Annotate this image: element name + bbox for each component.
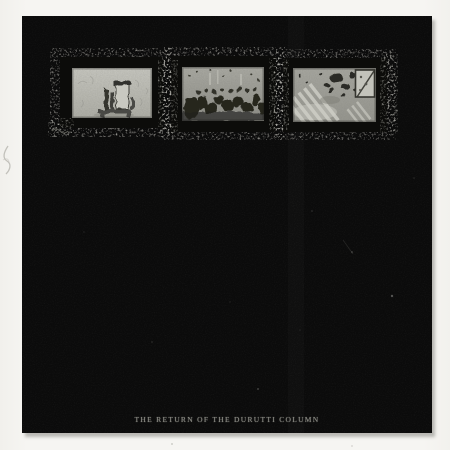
album-cover	[22, 16, 432, 433]
pencil-mark	[3, 146, 10, 174]
scanned-page-background: THE RETURN OF THE DURUTTI COLUMN	[0, 0, 450, 450]
margin-dots	[171, 443, 353, 447]
album-title: THE RETURN OF THE DURUTTI COLUMN	[22, 415, 432, 424]
